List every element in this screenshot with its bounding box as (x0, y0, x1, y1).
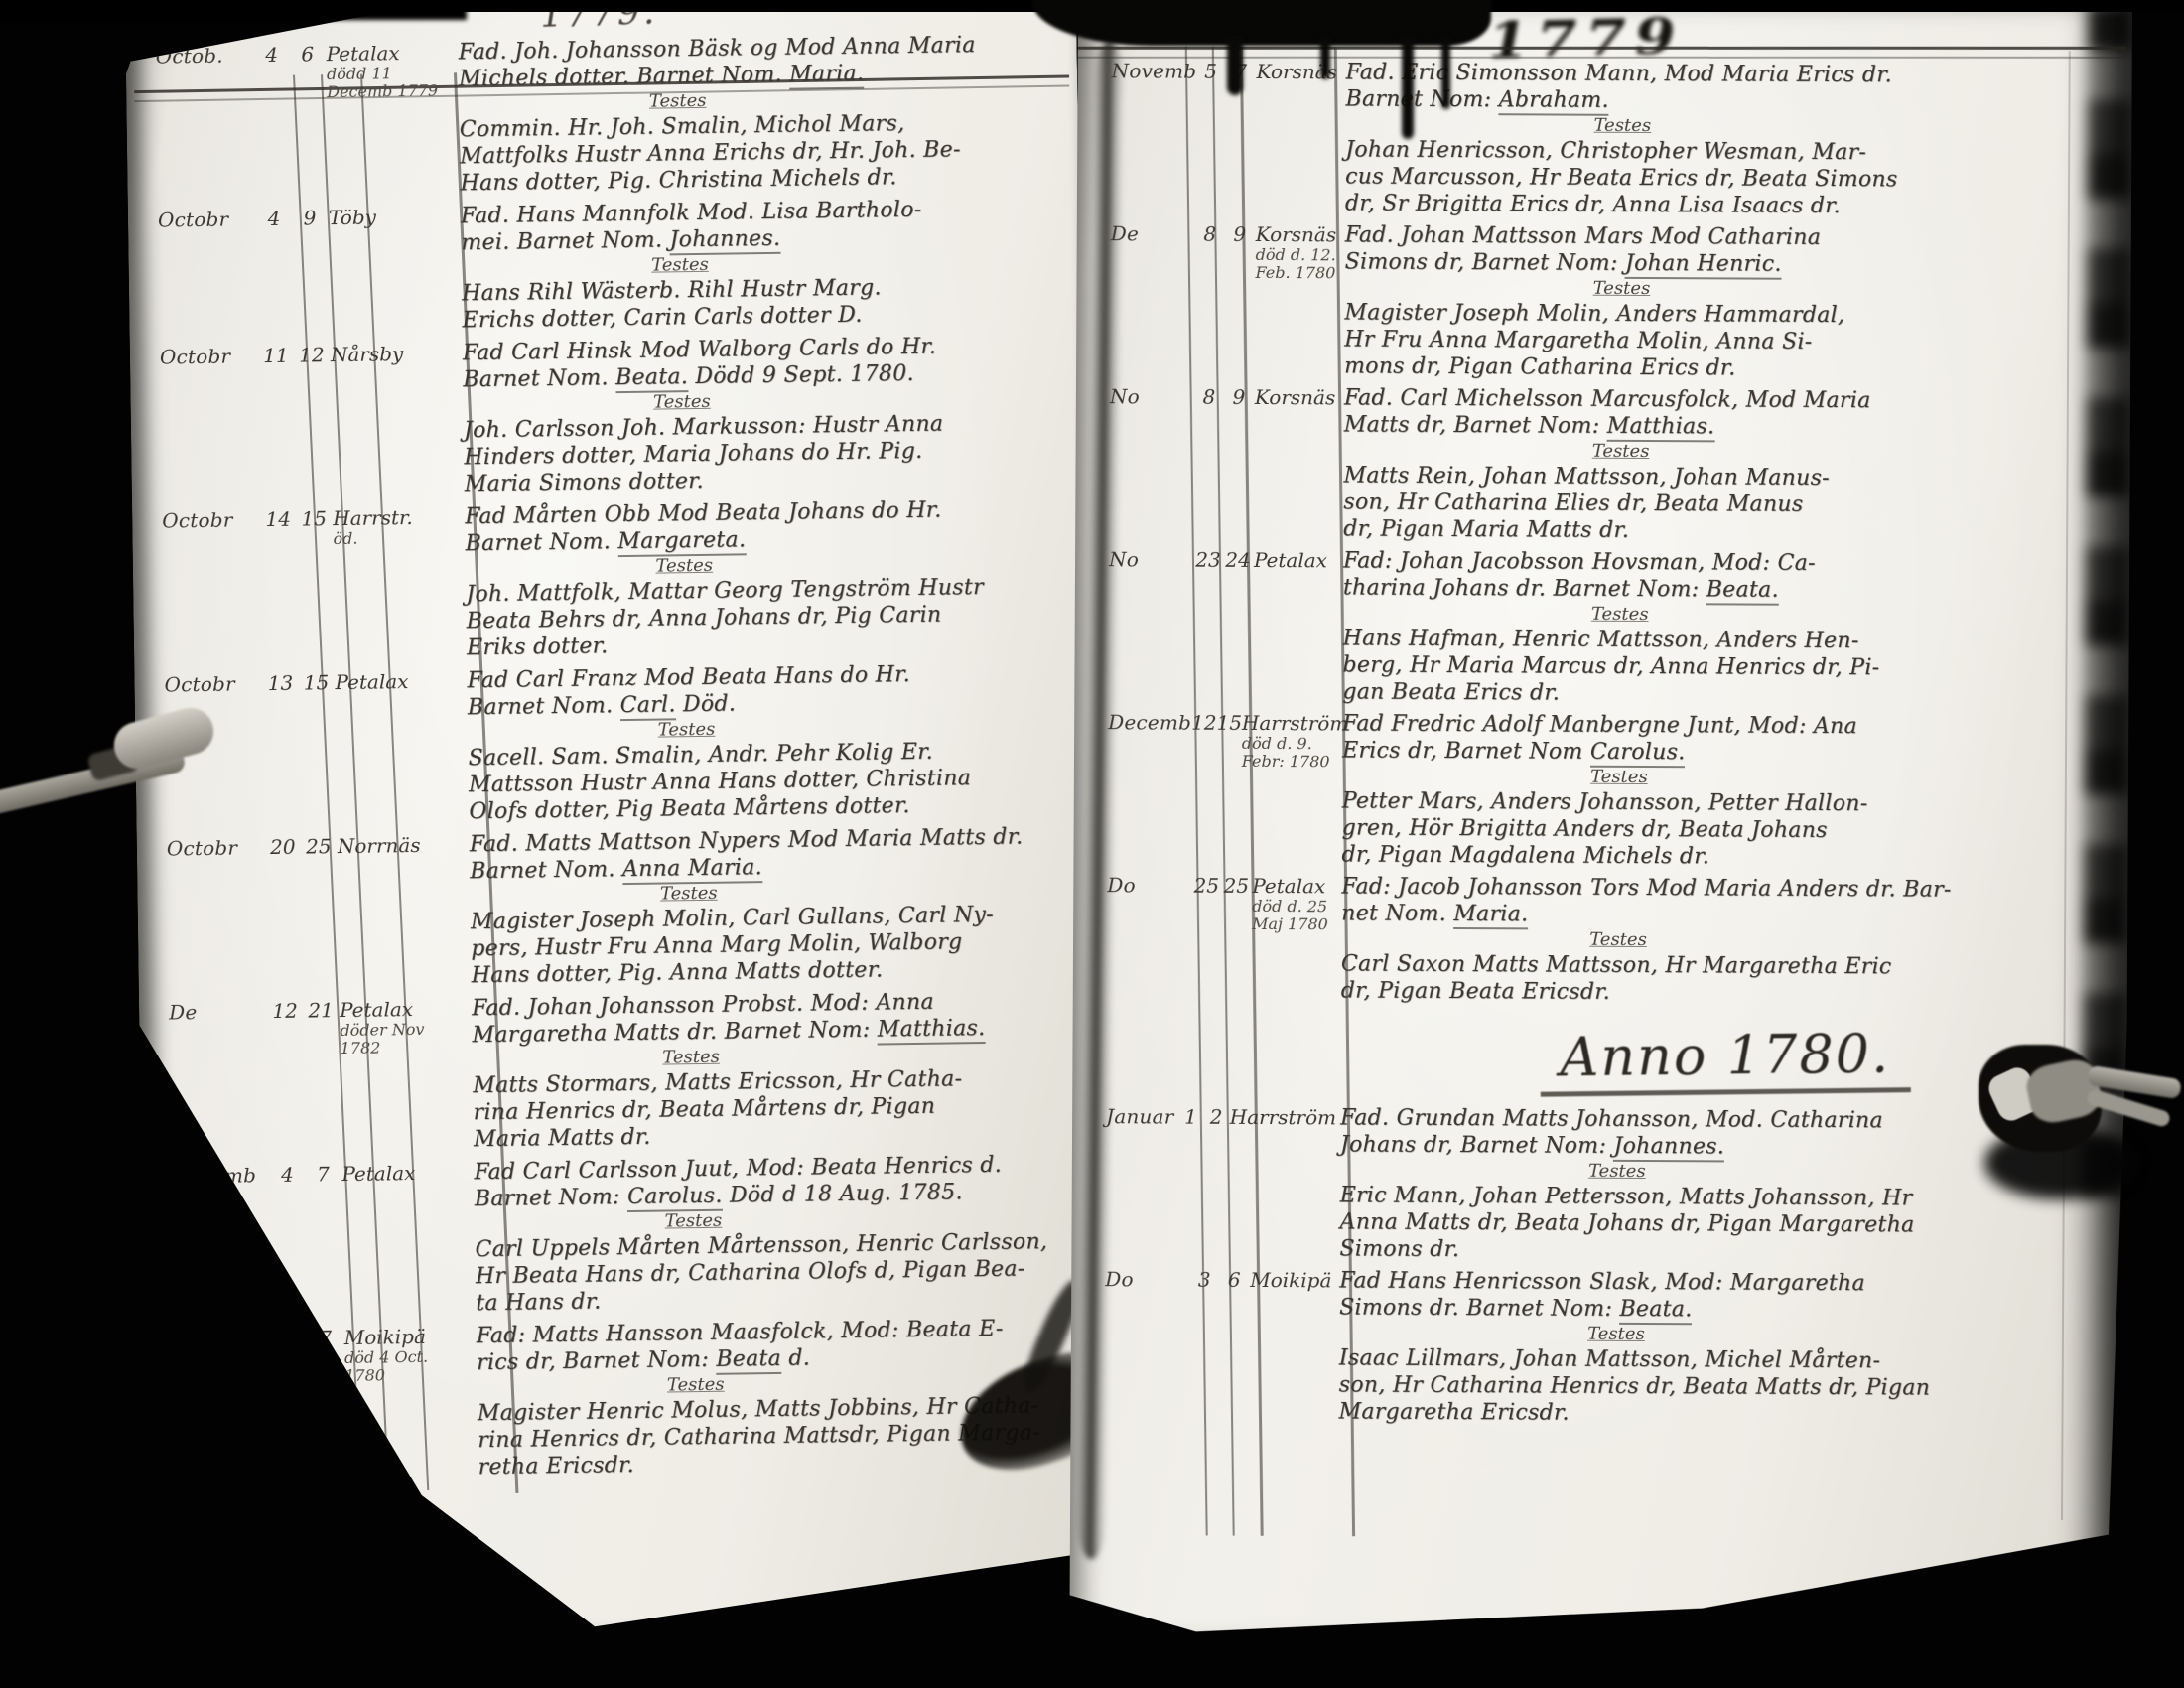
testes-label: Testes (1339, 1321, 1893, 1347)
entry-birth-day: 12 (268, 999, 302, 1023)
entry-month: De (144, 1327, 273, 1352)
entry-place: Harrstr. (333, 504, 460, 530)
witness-line: Anna Matts dr, Beata Johans dr, Pigan Ma… (1339, 1208, 2109, 1239)
entry-margin: De1221Petalaxdöder Nov 1782 (139, 996, 468, 1060)
register-page-right: 1779 Novemb57KorsnäsFad. Eric Simonsson … (1069, 0, 2132, 1650)
record-line: Simons dr, Barnet Nom: Johan Henric. (1345, 248, 2115, 279)
child-name: Carl. (619, 692, 675, 721)
witness-line: berg, Hr Maria Marcus dr, Anna Henrics d… (1342, 651, 2112, 682)
register-entry: Octobr1415Harrstr.öd.Fad Mårten Obb Mod … (465, 495, 1074, 662)
entry-margin: Do2525Petalaxdöd d. 25 Maj 1780 (1089, 873, 1337, 933)
record-line: Fad. Eric Simonsson Mann, Mod Maria Eric… (1346, 59, 2116, 89)
top-ink-smudge (1032, 0, 1491, 46)
entry-place: Korsnäs (1256, 222, 1341, 246)
entry-month: Decemb (1090, 710, 1191, 735)
child-name: Matthias. (878, 1016, 986, 1046)
ink-dot (218, 1415, 228, 1424)
entry-month: Novemb (1094, 59, 1197, 83)
entry-month: Octobr (134, 671, 263, 697)
entry-place: Moikipä (1250, 1268, 1335, 1292)
page-holder-stick (0, 695, 246, 850)
child-name: Maria. (1453, 902, 1528, 929)
entry-month: Octobr (128, 207, 257, 232)
entry-place-cell: Töby (329, 204, 456, 229)
entry-baptism-day: 2 (1202, 1105, 1229, 1129)
register-entry: Octob.46Petalaxdödd 11 Decemb 1779Fad. J… (458, 31, 1067, 198)
entry-baptism-day: 6 (1218, 1268, 1250, 1292)
right-entries: Novemb57KorsnäsFad. Eric Simonsson Mann,… (1338, 59, 2115, 1429)
entry-baptism-day: 21 (302, 998, 340, 1023)
entry-month: Do (1089, 873, 1192, 898)
entry-place-cell: Nårsby (331, 341, 458, 366)
child-name: Maria. (789, 62, 864, 90)
entry-baptism-day: 12 (293, 343, 331, 367)
entry-place-note: död d. 9. Febr: 1780 (1242, 735, 1349, 772)
register-entry: Do2525Petalaxdöd d. 25 Maj 1780Fad: Jaco… (1341, 873, 2112, 1008)
testes-label: Testes (1343, 601, 1897, 628)
witness-line: Hans Hafman, Henric Mattsson, Anders Hen… (1343, 625, 2113, 655)
entry-margin: Novemb57Korsnäs (1094, 59, 1342, 83)
witness-line: Petter Mars, Anders Johansson, Petter Ha… (1342, 787, 2112, 818)
record-line: Fad. Carl Michelsson Marcusfolck, Mod Ma… (1344, 384, 2114, 415)
entry-margin: Octobr49Töby (128, 204, 456, 232)
entry-birth-day: 13 (263, 671, 297, 695)
witness-line: mons dr, Pigan Catharina Erics dr. (1344, 352, 2114, 383)
entry-birth-day: 12 (1191, 711, 1217, 735)
witness-line: Isaac Lillmars, Johan Mattsson, Michel M… (1339, 1344, 2109, 1375)
entry-birth-day: 4 (270, 1163, 304, 1187)
record-line: Fad Fredric Adolf Manbergne Junt, Mod: A… (1342, 710, 2112, 741)
child-name: Johan Henric. (1625, 251, 1782, 280)
entry-place-note: död d. 12. Feb. 1780 (1256, 246, 1341, 282)
entry-birth-day: 3 (1190, 1268, 1218, 1292)
witness-line: Matts Rein, Johan Mattsson, Johan Manus- (1343, 462, 2113, 492)
entry-margin: Novemb47Petalax (141, 1160, 469, 1189)
entry-birth-day: 4 (255, 43, 289, 67)
entry-place-note: dödd 11 Decemb 1779 (327, 64, 454, 101)
entry-margin: Octob.46Petalaxdödd 11 Decemb 1779 (126, 40, 455, 104)
entry-margin: Decemb1215Harrströmdöd d. 9. Febr: 1780 (1090, 710, 1338, 771)
entry-place: Petalax (341, 1160, 469, 1186)
entry-margin: Do36Moikipä (1087, 1267, 1335, 1292)
record-line: Erics dr, Barnet Nom Carolus. (1342, 737, 2112, 768)
witness-line: son, Hr Catharina Elies dr, Beata Manus (1343, 489, 2113, 519)
child-name: Beata. (1619, 1297, 1692, 1325)
entry-place-cell: Korsnäsdöd d. 12. Feb. 1780 (1256, 222, 1341, 282)
entry-place-cell: Petalaxdödd 11 Decemb 1779 (327, 40, 455, 101)
witness-line: Hr Fru Anna Margaretha Molin, Anna Si- (1344, 326, 2114, 356)
child-name: Johannes. (669, 226, 780, 256)
record-line: Matts dr, Barnet Nom: Matthias. (1344, 411, 2114, 442)
entry-place-cell: Petalax (335, 668, 462, 694)
ink-drip (1227, 38, 1243, 95)
entry-birth-day: 20 (266, 835, 300, 859)
witness-line: gan Beata Erics dr. (1342, 678, 2112, 709)
entry-margin: No2324Petalax (1091, 547, 1339, 572)
entry-month: Do (1087, 1267, 1190, 1292)
entry-baptism-day: 24 (1222, 548, 1254, 572)
entry-birth-day: 14 (261, 507, 295, 531)
entry-month: Januar (1088, 1104, 1179, 1128)
register-entry: No89KorsnäsFad. Carl Michelsson Marcusfo… (1343, 384, 2114, 546)
entry-baptism-day: 9 (291, 206, 329, 230)
register-entry: Octobr1315PetalaxFad Carl Franz Mod Beat… (467, 659, 1076, 826)
entry-month: Novemb (141, 1163, 270, 1189)
entry-margin: Octobr1415Harrstr.öd. (132, 504, 461, 551)
record-line: Fad: Jacob Johansson Tors Mod Maria Ande… (1341, 873, 2111, 904)
entry-place: Petalax (340, 996, 467, 1022)
entry-month: Octob. (126, 43, 255, 69)
register-entry: Novemb47PetalaxFad Carl Carlsson Juut, M… (474, 1151, 1083, 1318)
entry-birth-day: 23 (1194, 548, 1222, 572)
entry-margin: No89Korsnäs (1092, 384, 1340, 409)
witness-line: dr, Sr Brigitta Erics dr, Anna Lisa Isaa… (1345, 190, 2115, 220)
entry-place-cell: Petalaxdöd d. 25 Maj 1780 (1252, 874, 1337, 933)
register-page-left: 1779. Octob.46Petalaxdödd 11 Decemb 1779… (125, 0, 1099, 1636)
testes-label: Testes (1340, 1158, 1894, 1185)
testes-label: Testes (1341, 926, 1895, 953)
entry-month: No (1092, 384, 1195, 409)
child-name: Anna Maria. (622, 855, 762, 885)
ink-drip (1441, 38, 1450, 109)
entry-baptism-day: 25 (1220, 874, 1252, 898)
entry-place-note: öd. (333, 528, 460, 548)
child-name: Beata. (615, 364, 688, 393)
register-entry: No2324PetalaxFad: Johan Jacobsson Hovsma… (1342, 547, 2113, 709)
entry-place-cell: Korsnäs (1255, 385, 1340, 409)
child-name: Beata (716, 1346, 781, 1375)
witness-line: dr, Pigan Maria Matts dr. (1343, 515, 2113, 546)
microfilm-scan: 1779. Octob.46Petalaxdödd 11 Decemb 1779… (0, 0, 2184, 1688)
record-line: Simons dr. Barnet Nom: Beata. (1339, 1294, 2109, 1325)
register-entry: Octobr2025NorrnäsFad. Matts Mattson Nype… (470, 823, 1079, 990)
entry-place: Petalax (327, 40, 454, 66)
entry-baptism-day: 25 (300, 834, 338, 859)
record-line: Fad Hans Henricsson Slask, Mod: Margaret… (1339, 1267, 2109, 1298)
entry-place-note: döder Nov 1782 (340, 1020, 467, 1057)
entry-place-cell: Petalaxdöder Nov 1782 (340, 996, 468, 1057)
witness-line: Magister Joseph Molin, Anders Hammardal, (1344, 299, 2114, 330)
register-entry: De1221Petalaxdöder Nov 1782Fad. Johan Jo… (472, 987, 1081, 1154)
page-clamp (1971, 1033, 2184, 1201)
entry-birth-day: 25 (1192, 874, 1220, 898)
film-top-border-left (0, 0, 467, 20)
entry-place-note: död 4 Oct. 1780 (344, 1347, 472, 1385)
anno-1780-heading: Anno 1780. (1540, 1022, 1911, 1097)
entry-place-cell: Petalax (1254, 548, 1339, 572)
entry-baptism-day: 15 (295, 506, 333, 531)
entry-place-cell: Harrstr.öd. (333, 504, 461, 548)
child-name: Abraham. (1499, 87, 1609, 116)
entry-place: Nårsby (331, 341, 458, 366)
testes-label: Testes (1344, 275, 1898, 302)
entry-place-cell: Moikipädöd 4 Oct. 1780 (344, 1324, 473, 1385)
entry-place: Korsnäs (1255, 385, 1340, 409)
entry-baptism-day: 9 (1223, 385, 1255, 409)
entry-place: Norrnäs (338, 832, 465, 858)
testes-label: Testes (1344, 438, 1898, 465)
entry-birth-day: 8 (1196, 222, 1224, 246)
entry-birth-day: 1 (1178, 1105, 1202, 1129)
entry-birth-day: 8 (1195, 385, 1223, 409)
entry-month: Octobr (130, 344, 259, 369)
entry-baptism-day: 6 (289, 42, 327, 67)
entry-month: De (139, 999, 268, 1025)
record-line: Barnet Nom: Abraham. (1345, 85, 2115, 116)
entry-place: Harrström (1242, 711, 1348, 736)
entry-baptism-day: 7 (304, 1162, 341, 1187)
entries-1779: Novemb57KorsnäsFad. Eric Simonsson Mann,… (1341, 59, 2116, 1008)
witness-line: Margaretha Ericsdr. (1338, 1398, 2108, 1429)
entry-margin: De89Korsnäsdöd d. 12. Feb. 1780 (1093, 221, 1341, 282)
witness-line: Johan Henricsson, Christopher Wesman, Ma… (1345, 136, 2115, 167)
entry-place: Petalax (1252, 874, 1337, 898)
entry-place: Petalax (1254, 548, 1339, 572)
entry-place-cell: Moikipä (1250, 1268, 1335, 1292)
entry-place: Harrström (1230, 1105, 1336, 1130)
entry-birth-day: 11 (259, 344, 293, 367)
ink-drip (1320, 38, 1330, 79)
testes-label: Testes (1345, 112, 1899, 139)
record-line: Fad: Johan Jacobsson Hovsman, Mod: Ca- (1343, 547, 2113, 578)
entry-birth-day: 5 (273, 1327, 307, 1350)
column-rule (321, 74, 389, 1491)
record-line: tharina Johans dr. Barnet Nom: Beata. (1343, 574, 2113, 605)
entry-month: No (1091, 547, 1194, 572)
testes-label: Testes (1342, 764, 1896, 790)
entry-place-cell: Harrström (1230, 1105, 1336, 1130)
register-entry: Octobr1112NårsbyFad Carl Hinsk Mod Walbo… (463, 332, 1072, 498)
register-entry: De89Korsnäsdöd d. 12. Feb. 1780Fad. Joha… (1344, 221, 2115, 383)
entry-baptism-day: 7 (307, 1326, 344, 1350)
entry-month: De (1093, 221, 1196, 246)
child-name: Matthias. (1607, 414, 1715, 443)
entry-margin: Octobr1112Nårsby (130, 341, 458, 369)
witness-line: gren, Hör Brigitta Anders dr, Beata Joha… (1342, 814, 2112, 845)
child-name: Johannes. (1613, 1134, 1724, 1163)
witness-line: son, Hr Catharina Henrics dr, Beata Matt… (1339, 1371, 2109, 1402)
entry-birth-day: 5 (1197, 60, 1225, 83)
witness-line: cus Marcusson, Hr Beata Erics dr, Beata … (1345, 163, 2115, 194)
entry-baptism-day: 9 (1224, 222, 1256, 246)
record-line: Fad. Johan Mattsson Mars Mod Catharina (1345, 221, 2115, 252)
entry-baptism-day: 15 (297, 670, 335, 695)
entry-place: Petalax (335, 668, 462, 694)
child-name: Carolus. (1590, 740, 1686, 769)
child-name: Margareta. (617, 527, 746, 557)
entry-birth-day: 4 (257, 207, 291, 230)
witness-line: Simons dr. (1339, 1235, 2109, 1266)
register-entry: Do36MoikipäFad Hans Henricsson Slask, Mo… (1338, 1267, 2109, 1429)
column-rule (293, 75, 361, 1492)
entry-place-cell: Norrnäs (338, 832, 465, 858)
entry-margin: Octobr1315Petalax (134, 668, 462, 697)
witness-line: dr, Pigan Magdalena Michels dr. (1341, 841, 2111, 872)
register-entry: Novemb57KorsnäsFad. Eric Simonsson Mann,… (1345, 59, 2116, 220)
entry-margin: De57Moikipädöd 4 Oct. 1780 (144, 1324, 473, 1388)
entry-place-cell: Harrströmdöd d. 9. Febr: 1780 (1242, 711, 1349, 772)
left-entries: Octob.46Petalaxdödd 11 Decemb 1779Fad. J… (458, 31, 1085, 1480)
entry-place: Moikipä (344, 1324, 472, 1349)
entry-margin: Januar12Harrström (1088, 1104, 1336, 1129)
column-rule (360, 74, 429, 1491)
entry-month: Octobr (132, 507, 261, 533)
child-name: Beata. (1706, 577, 1779, 605)
entry-place-note: död d. 25 Maj 1780 (1252, 898, 1337, 933)
child-name: Carolus. (627, 1184, 723, 1212)
record-line: net Nom. Maria. (1341, 900, 2111, 930)
ink-drip (1402, 38, 1414, 139)
entry-place: Töby (329, 204, 456, 229)
entry-place-cell: Petalax (341, 1160, 469, 1186)
entry-baptism-day: 15 (1216, 711, 1242, 735)
register-entry: Decemb1215Harrströmdöd d. 9. Febr: 1780F… (1341, 710, 2112, 872)
witness-line: dr, Pigan Beata Ericsdr. (1341, 977, 2111, 1008)
register-entry: Octobr49TöbyFad. Hans Mannfolk Mod. Lisa… (461, 195, 1070, 335)
witness-line: Carl Saxon Matts Mattsson, Hr Margaretha… (1341, 950, 2111, 981)
